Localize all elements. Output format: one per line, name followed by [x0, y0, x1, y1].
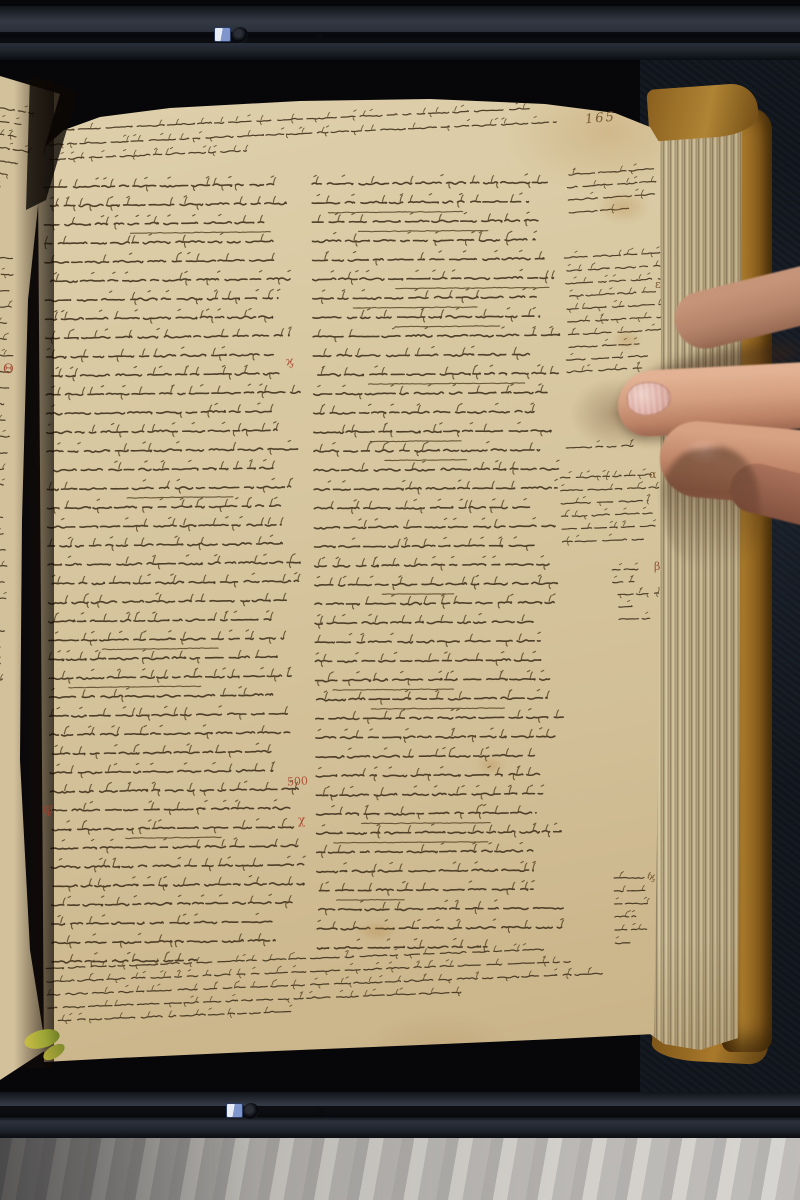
cradle-label-icon	[226, 1103, 243, 1118]
cradle-groove	[0, 1106, 800, 1117]
header-scholia	[48, 98, 579, 180]
main-column-center	[312, 170, 582, 970]
parchment-stain	[612, 330, 642, 350]
cradle-bar-top	[0, 6, 800, 60]
footer-scholia	[46, 937, 636, 1027]
margin-note-3	[566, 437, 657, 466]
cradle-screw-icon	[316, 33, 323, 40]
cradle-groove	[0, 32, 800, 43]
margin-note-4	[560, 466, 677, 561]
cradle-screw-icon	[318, 1108, 325, 1115]
cradle-knob-icon	[232, 27, 248, 43]
cradle-knob-icon	[243, 1103, 259, 1119]
cradle-bar-bottom	[0, 1092, 800, 1138]
table-cloth	[0, 1138, 800, 1200]
cradle-label-icon	[214, 27, 231, 42]
main-column-left	[44, 172, 320, 983]
margin-note-2	[566, 347, 666, 390]
parchment-stain	[356, 920, 398, 942]
parchment-stain	[596, 190, 650, 224]
footer-last-line	[58, 1002, 323, 1039]
photograph-of-manuscript: 165 500ϗχΘΨεαβϗ	[0, 0, 800, 1200]
gutter-shadow	[14, 80, 54, 1068]
parchment-stain	[476, 756, 506, 774]
